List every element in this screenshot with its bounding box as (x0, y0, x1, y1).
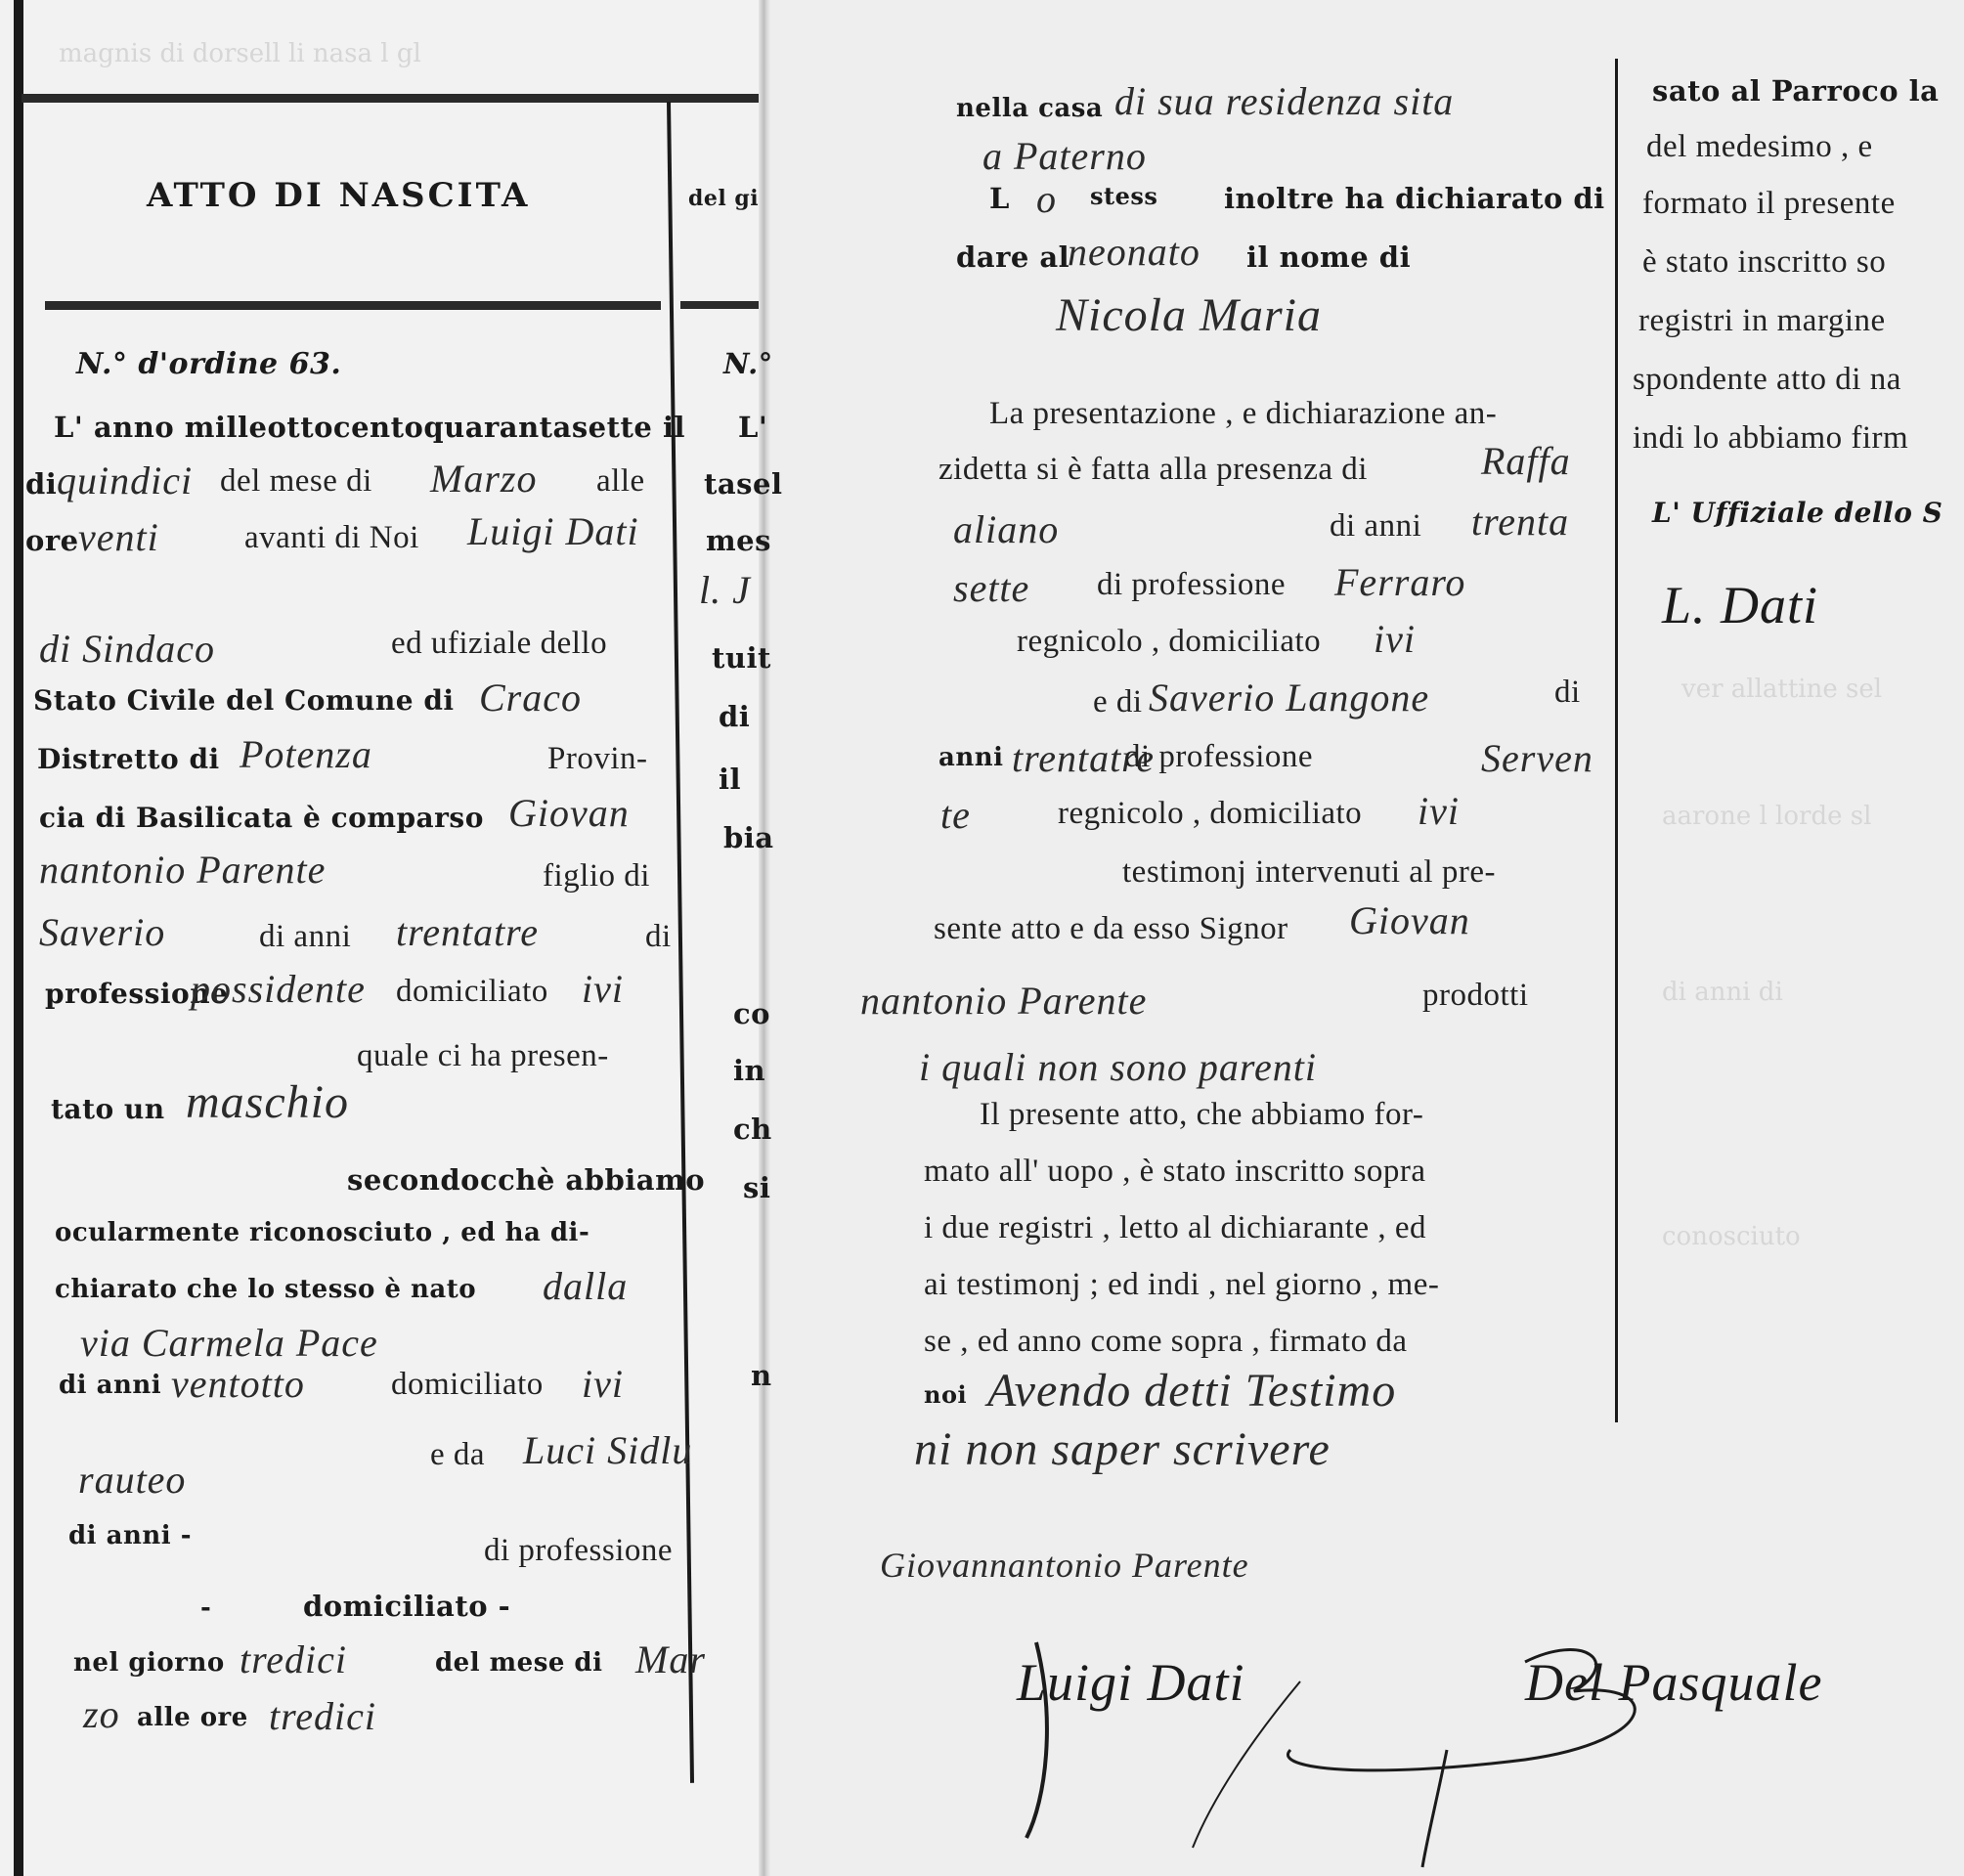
bleed-through-text: magnis di dorsell li nasa l gl (59, 39, 421, 68)
handwritten-officer-name: Luigi Dati (467, 508, 639, 554)
handwritten-non-parenti: i quali non sono parenti (919, 1044, 1317, 1090)
top-rule (22, 94, 764, 103)
line-year: L' anno milleottocentoquarantasette il (54, 411, 685, 444)
order-number-label: N.° d'ordine 63. (76, 347, 341, 381)
bleed-through-text: ver allattine sel (1681, 675, 1882, 704)
handwritten-place: a Paterno (982, 133, 1147, 179)
handwritten-declarant-first-2: Giovan (1349, 897, 1470, 943)
handwritten-declarant-name-2: nantonio Parente (860, 978, 1147, 1024)
handwritten-role: di Sindaco (39, 626, 215, 672)
handwritten-district: Potenza (240, 731, 372, 777)
page-fold (759, 0, 770, 1876)
officer-label: L' Uffiziale dello S (1652, 497, 1942, 529)
header-rule-partial (680, 301, 763, 309)
bleed-through-text: di anni di (1662, 978, 1783, 1007)
handwritten-mother-name: via Carmela Pace (80, 1320, 378, 1366)
handwritten-neonato: neonato (1068, 229, 1200, 275)
signature-declarant: Giovannantonio Parente (880, 1545, 1249, 1586)
handwritten-witness1-profession: Ferraro (1334, 559, 1465, 605)
handwritten-mother-age: ventotto (171, 1361, 305, 1407)
signature-flourish (978, 1603, 1760, 1876)
handwritten-declarant-name: nantonio Parente (39, 847, 326, 893)
center-column-divider (1615, 59, 1618, 1422)
line-day: di (25, 467, 57, 501)
handwritten-declarant-first: Giovan (508, 790, 630, 836)
handwritten-sex: maschio (186, 1075, 349, 1129)
handwritten-birth-day: tredici (240, 1636, 347, 1682)
handwritten-child-name: Nicola Maria (1056, 288, 1322, 342)
header-rule (45, 301, 661, 310)
order-number: 63. (289, 347, 342, 381)
handwritten-profession: possidente (191, 966, 366, 1012)
record-title: ATTO DI NASCITA (147, 176, 530, 215)
handwritten-residence: di sua residenza sita (1114, 78, 1454, 124)
handwritten-comune: Craco (479, 675, 582, 720)
handwritten-witness2-name: Saverio Langone (1149, 675, 1429, 720)
officer-signature: L. Dati (1662, 575, 1818, 635)
handwritten-witness1-first: Raffa (1481, 438, 1571, 484)
left-border-line (14, 0, 23, 1876)
bleed-through-text: conosciuto (1662, 1222, 1801, 1251)
handwritten-birth-hour: tredici (269, 1693, 376, 1739)
handwritten-witness2-profession: Serven (1481, 735, 1593, 781)
handwritten-father-name: Saverio (39, 909, 165, 955)
handwritten-witness-note: Avendo detti Testimo (987, 1364, 1396, 1418)
handwritten-witness1-surname: aliano (953, 506, 1059, 552)
bleed-through-text: aarone l lorde sl (1662, 802, 1871, 831)
handwritten-hour: venti (78, 514, 159, 560)
handwritten-month: Marzo (430, 456, 537, 502)
handwritten-day: quindici (57, 458, 193, 503)
handwritten-declarant-age: trentatre (396, 909, 539, 955)
